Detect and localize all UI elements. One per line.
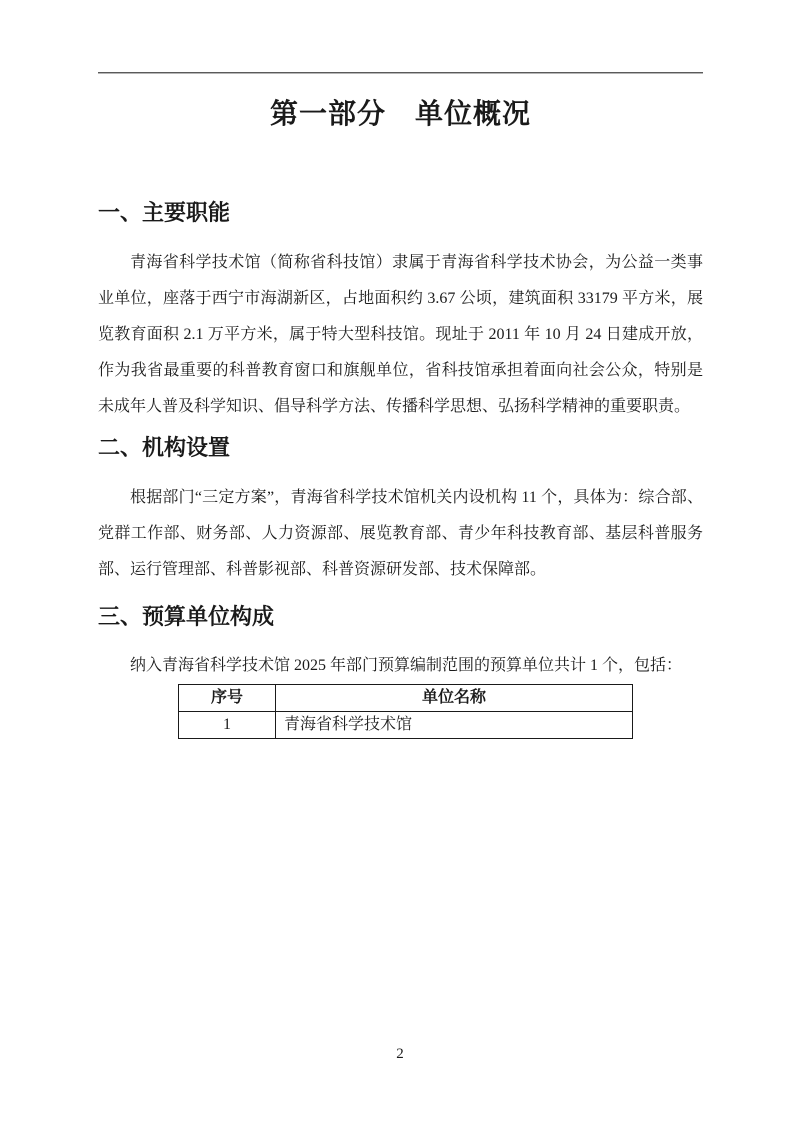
table-row: 1 青海省科学技术馆 bbox=[179, 712, 633, 739]
table-cell-unit-name: 青海省科学技术馆 bbox=[276, 712, 633, 739]
budget-units-table: 序号 单位名称 1 青海省科学技术馆 bbox=[178, 684, 633, 739]
page-content: 第一部分 单位概况 一、主要职能 青海省科学技术馆（简称省科技馆）隶属于青海省科… bbox=[98, 0, 703, 739]
paragraph-main-functions: 青海省科学技术馆（简称省科技馆）隶属于青海省科学技术协会，为公益一类事业单位，座… bbox=[98, 245, 703, 425]
header-rule-divider bbox=[98, 72, 703, 74]
table-header-cell-index: 序号 bbox=[179, 685, 276, 712]
section-heading-org-structure: 二、机构设置 bbox=[98, 433, 703, 463]
section-heading-budget-units: 三、预算单位构成 bbox=[98, 602, 703, 632]
document-title: 第一部分 单位概况 bbox=[98, 96, 703, 132]
paragraph-org-structure: 根据部门“三定方案”，青海省科学技术馆机关内设机构 11 个，具体为：综合部、党… bbox=[98, 480, 703, 588]
document-page: 第一部分 单位概况 一、主要职能 青海省科学技术馆（简称省科技馆）隶属于青海省科… bbox=[0, 0, 800, 1131]
table-cell-index: 1 bbox=[179, 712, 276, 739]
section-heading-main-functions: 一、主要职能 bbox=[98, 198, 703, 228]
paragraph-budget-units: 纳入青海省科学技术馆 2025 年部门预算编制范围的预算单位共计 1 个，包括： bbox=[98, 648, 703, 684]
table-header-row: 序号 单位名称 bbox=[179, 685, 633, 712]
page-number: 2 bbox=[0, 1044, 800, 1064]
table-header-cell-unit-name: 单位名称 bbox=[276, 685, 633, 712]
